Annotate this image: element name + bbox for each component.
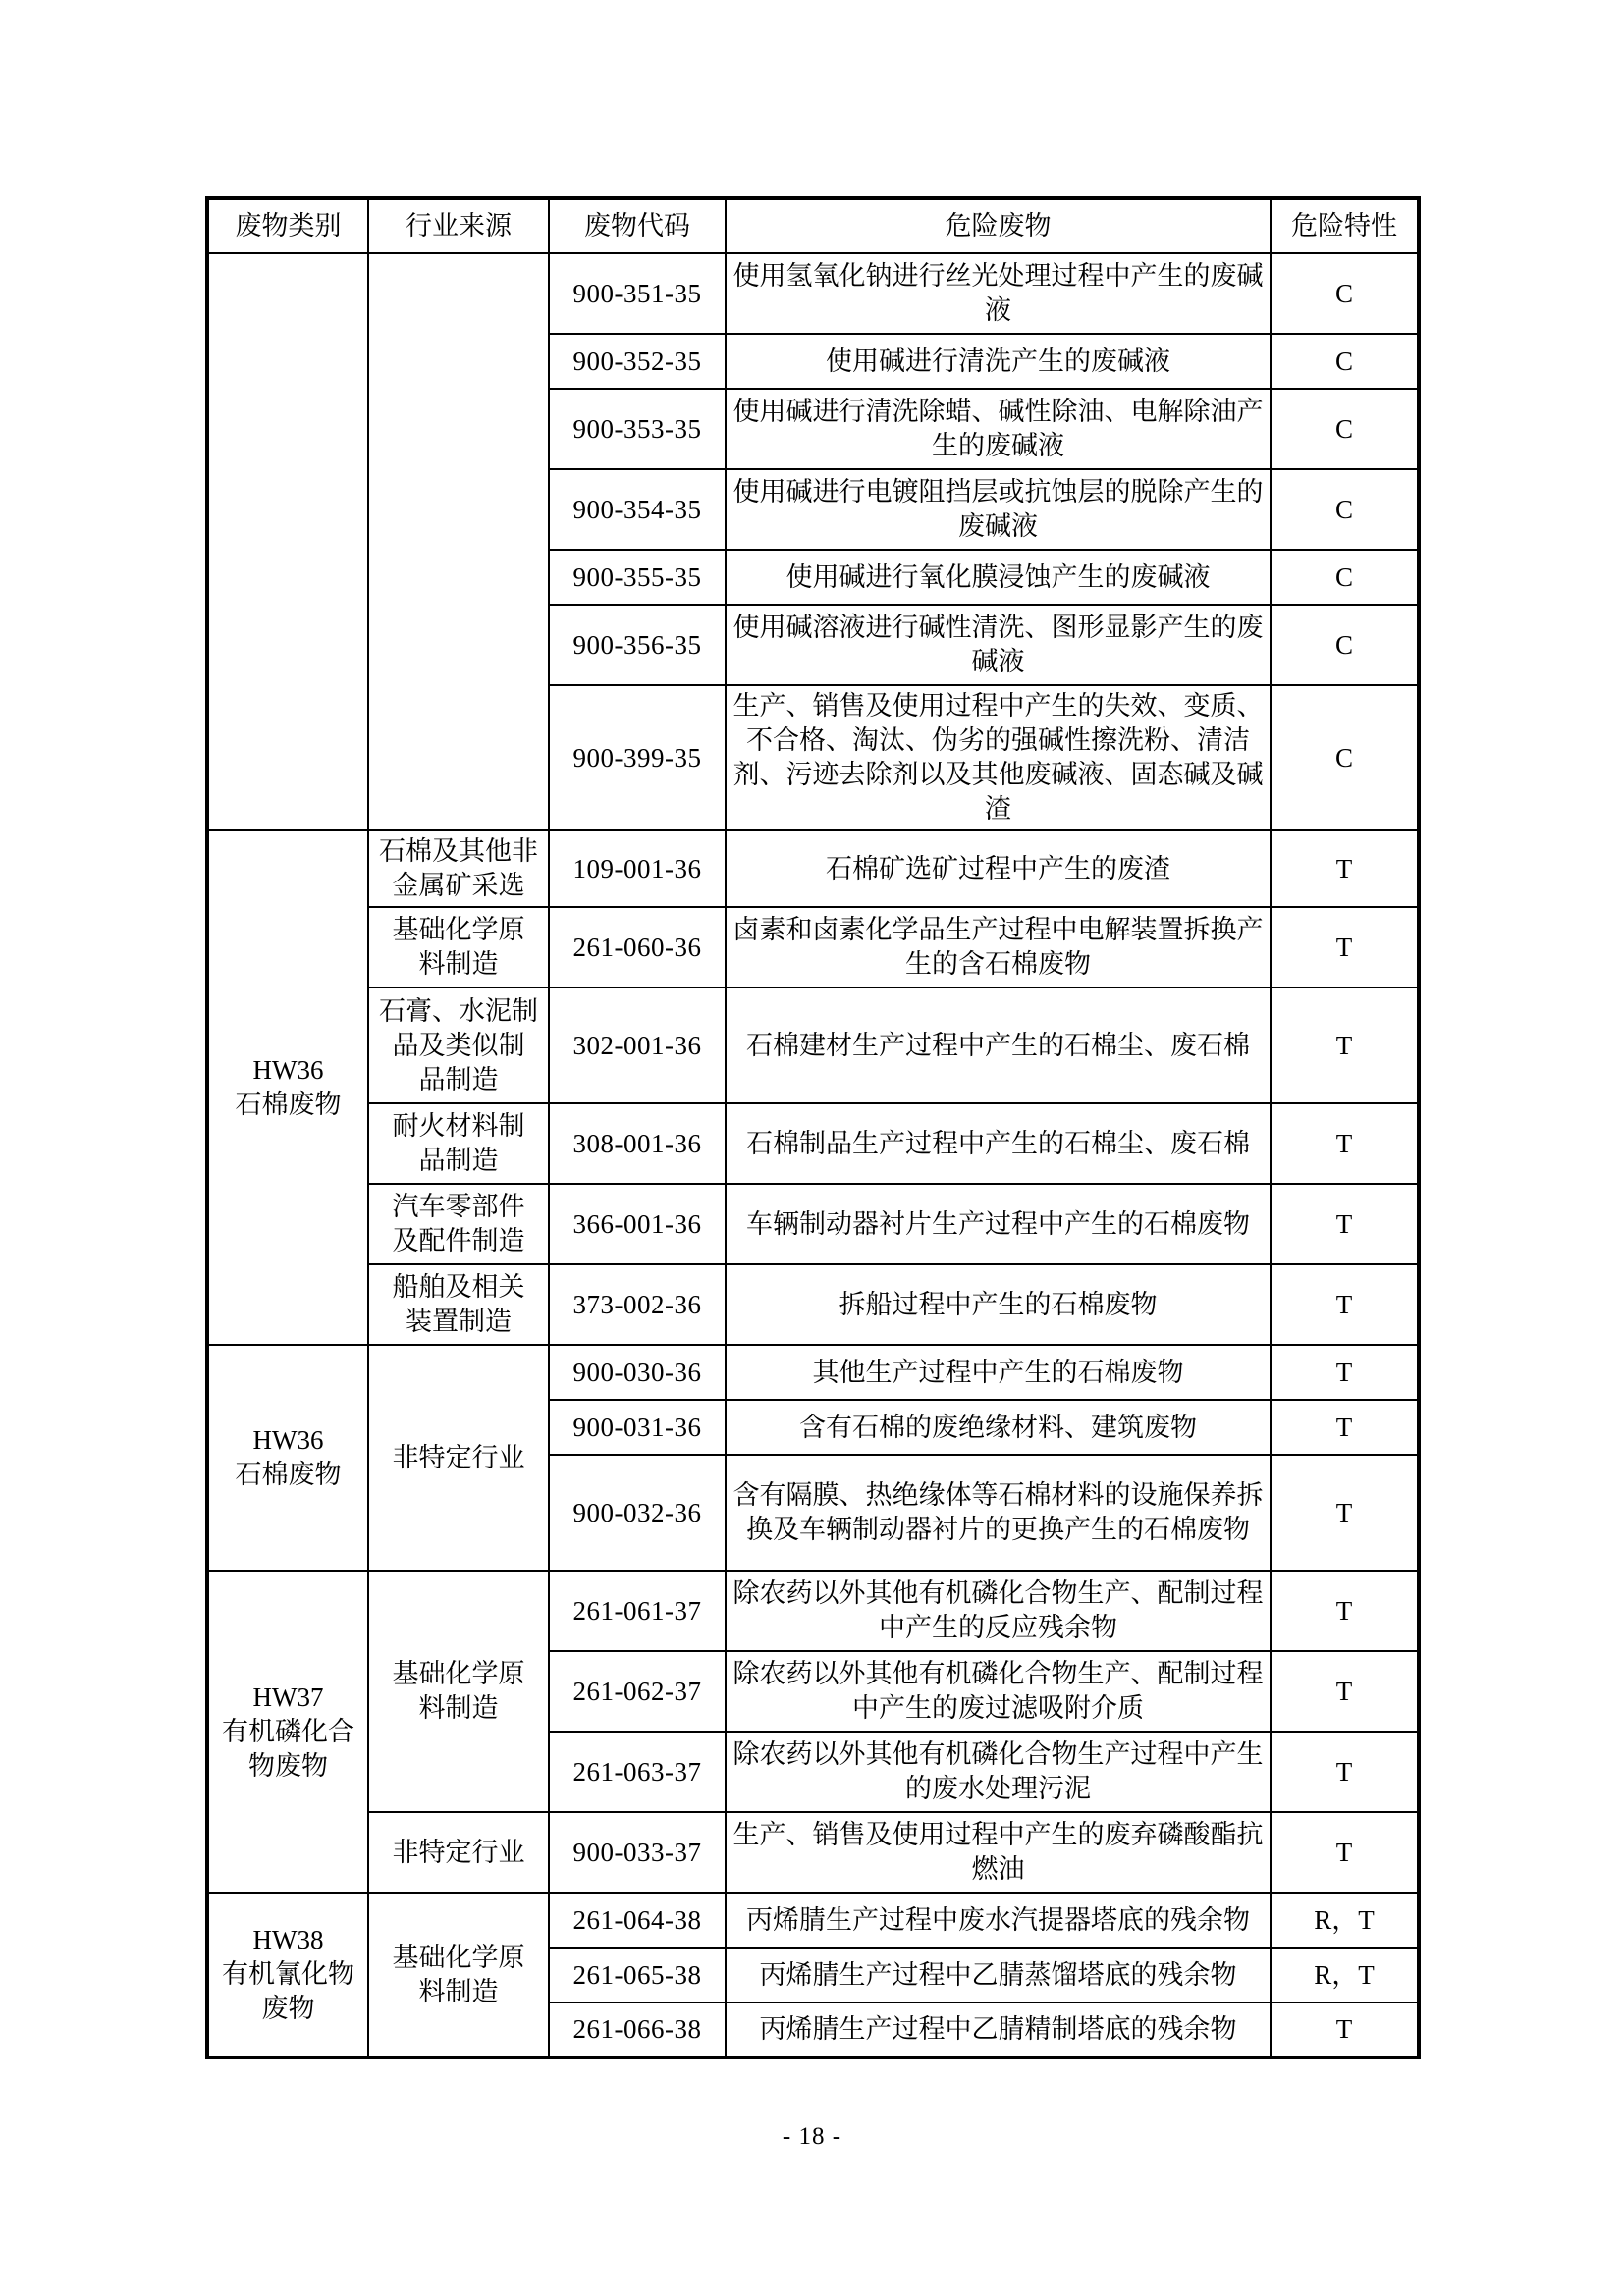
waste-cell: 生产、销售及使用过程中产生的失效、变质、不合格、淘汰、伪劣的强碱性擦洗粉、清洁剂… xyxy=(726,685,1271,830)
header-row: 废物类别 行业来源 废物代码 危险废物 危险特性 xyxy=(207,198,1419,253)
category-cell: HW36 石棉废物 xyxy=(207,1345,368,1571)
waste-cell: 使用碱进行氧化膜浸蚀产生的废碱液 xyxy=(726,550,1271,605)
trait-cell: T xyxy=(1271,1400,1419,1455)
header-cell-source: 行业来源 xyxy=(368,198,549,253)
source-cell: 非特定行业 xyxy=(368,1812,549,1893)
source-cell: 石膏、水泥制 品及类似制 品制造 xyxy=(368,988,549,1103)
document-page: 废物类别 行业来源 废物代码 危险废物 危险特性 900-351-35 使用氢氧… xyxy=(0,0,1624,2296)
trait-cell: T xyxy=(1271,907,1419,988)
trait-cell: T xyxy=(1271,1571,1419,1651)
header-cell-category: 废物类别 xyxy=(207,198,368,253)
source-cell: 石棉及其他非 金属矿采选 xyxy=(368,830,549,907)
waste-cell: 其他生产过程中产生的石棉废物 xyxy=(726,1345,1271,1400)
trait-cell: C xyxy=(1271,685,1419,830)
waste-cell: 卤素和卤素化学品生产过程中电解装置拆换产生的含石棉废物 xyxy=(726,907,1271,988)
table-row: 基础化学原 料制造 261-060-36 卤素和卤素化学品生产过程中电解装置拆换… xyxy=(207,907,1419,988)
waste-cell: 含有隔膜、热绝缘体等石棉材料的设施保养拆换及车辆制动器衬片的更换产生的石棉废物 xyxy=(726,1455,1271,1571)
waste-cell: 丙烯腈生产过程中乙腈蒸馏塔底的残余物 xyxy=(726,1948,1271,2002)
table-row: HW37 有机磷化合 物废物 基础化学原 料制造 261-061-37 除农药以… xyxy=(207,1571,1419,1651)
trait-cell: C xyxy=(1271,253,1419,334)
category-cell xyxy=(207,253,368,830)
trait-cell: R，T xyxy=(1271,1948,1419,2002)
code-cell: 109-001-36 xyxy=(549,830,726,907)
table-row: 900-351-35 使用氢氧化钠进行丝光处理过程中产生的废碱液 C xyxy=(207,253,1419,334)
trait-cell: T xyxy=(1271,1184,1419,1264)
table-row: HW38 有机氰化物 废物 基础化学原 料制造 261-064-38 丙烯腈生产… xyxy=(207,1893,1419,1948)
code-cell: 900-353-35 xyxy=(549,389,726,469)
trait-cell: T xyxy=(1271,1455,1419,1571)
code-cell: 900-356-35 xyxy=(549,605,726,685)
trait-cell: T xyxy=(1271,988,1419,1103)
trait-cell: T xyxy=(1271,2002,1419,2057)
waste-cell: 除农药以外其他有机磷化合物生产、配制过程中产生的废过滤吸附介质 xyxy=(726,1651,1271,1732)
source-cell: 基础化学原 料制造 xyxy=(368,1571,549,1812)
category-cell: HW37 有机磷化合 物废物 xyxy=(207,1571,368,1893)
code-cell: 261-062-37 xyxy=(549,1651,726,1732)
code-cell: 900-399-35 xyxy=(549,685,726,830)
trait-cell: T xyxy=(1271,1103,1419,1184)
waste-cell: 除农药以外其他有机磷化合物生产、配制过程中产生的反应残余物 xyxy=(726,1571,1271,1651)
trait-cell: T xyxy=(1271,1345,1419,1400)
trait-cell: C xyxy=(1271,605,1419,685)
source-cell xyxy=(368,253,549,830)
trait-cell: T xyxy=(1271,1732,1419,1812)
code-cell: 261-060-36 xyxy=(549,907,726,988)
code-cell: 900-030-36 xyxy=(549,1345,726,1400)
table-row: HW36 石棉废物 石棉及其他非 金属矿采选 109-001-36 石棉矿选矿过… xyxy=(207,830,1419,907)
code-cell: 900-031-36 xyxy=(549,1400,726,1455)
code-cell: 900-033-37 xyxy=(549,1812,726,1893)
table-row: 汽车零部件 及配件制造 366-001-36 车辆制动器衬片生产过程中产生的石棉… xyxy=(207,1184,1419,1264)
code-cell: 900-354-35 xyxy=(549,469,726,550)
category-cell: HW36 石棉废物 xyxy=(207,830,368,1345)
trait-cell: T xyxy=(1271,830,1419,907)
code-cell: 900-351-35 xyxy=(549,253,726,334)
hazardous-waste-table: 废物类别 行业来源 废物代码 危险废物 危险特性 900-351-35 使用氢氧… xyxy=(205,196,1421,2059)
page-number: - 18 - xyxy=(0,2123,1624,2151)
trait-cell: C xyxy=(1271,550,1419,605)
trait-cell: T xyxy=(1271,1651,1419,1732)
waste-cell: 使用碱进行电镀阻挡层或抗蚀层的脱除产生的废碱液 xyxy=(726,469,1271,550)
code-cell: 261-064-38 xyxy=(549,1893,726,1948)
waste-cell: 丙烯腈生产过程中乙腈精制塔底的残余物 xyxy=(726,2002,1271,2057)
code-cell: 261-066-38 xyxy=(549,2002,726,2057)
code-cell: 302-001-36 xyxy=(549,988,726,1103)
source-cell: 耐火材料制 品制造 xyxy=(368,1103,549,1184)
waste-cell: 车辆制动器衬片生产过程中产生的石棉废物 xyxy=(726,1184,1271,1264)
source-cell: 基础化学原 料制造 xyxy=(368,907,549,988)
source-cell: 基础化学原 料制造 xyxy=(368,1893,549,2057)
source-cell: 船舶及相关 装置制造 xyxy=(368,1264,549,1345)
table-row: HW36 石棉废物 非特定行业 900-030-36 其他生产过程中产生的石棉废… xyxy=(207,1345,1419,1400)
trait-cell: R，T xyxy=(1271,1893,1419,1948)
table-row: 石膏、水泥制 品及类似制 品制造 302-001-36 石棉建材生产过程中产生的… xyxy=(207,988,1419,1103)
code-cell: 261-061-37 xyxy=(549,1571,726,1651)
waste-cell: 除农药以外其他有机磷化合物生产过程中产生的废水处理污泥 xyxy=(726,1732,1271,1812)
code-cell: 900-352-35 xyxy=(549,334,726,389)
waste-cell: 丙烯腈生产过程中废水汽提器塔底的残余物 xyxy=(726,1893,1271,1948)
code-cell: 261-063-37 xyxy=(549,1732,726,1812)
waste-cell: 含有石棉的废绝缘材料、建筑废物 xyxy=(726,1400,1271,1455)
waste-cell: 使用碱溶液进行碱性清洗、图形显影产生的废碱液 xyxy=(726,605,1271,685)
code-cell: 366-001-36 xyxy=(549,1184,726,1264)
trait-cell: C xyxy=(1271,389,1419,469)
waste-cell: 石棉制品生产过程中产生的石棉尘、废石棉 xyxy=(726,1103,1271,1184)
trait-cell: T xyxy=(1271,1264,1419,1345)
category-cell: HW38 有机氰化物 废物 xyxy=(207,1893,368,2057)
source-cell: 非特定行业 xyxy=(368,1345,549,1571)
waste-cell: 生产、销售及使用过程中产生的废弃磷酸酯抗燃油 xyxy=(726,1812,1271,1893)
waste-cell: 石棉矿选矿过程中产生的废渣 xyxy=(726,830,1271,907)
table-row: 船舶及相关 装置制造 373-002-36 拆船过程中产生的石棉废物 T xyxy=(207,1264,1419,1345)
waste-cell: 使用碱进行清洗除蜡、碱性除油、电解除油产生的废碱液 xyxy=(726,389,1271,469)
waste-cell: 使用碱进行清洗产生的废碱液 xyxy=(726,334,1271,389)
waste-cell: 使用氢氧化钠进行丝光处理过程中产生的废碱液 xyxy=(726,253,1271,334)
source-cell: 汽车零部件 及配件制造 xyxy=(368,1184,549,1264)
header-cell-code: 废物代码 xyxy=(549,198,726,253)
code-cell: 261-065-38 xyxy=(549,1948,726,2002)
code-cell: 308-001-36 xyxy=(549,1103,726,1184)
waste-cell: 石棉建材生产过程中产生的石棉尘、废石棉 xyxy=(726,988,1271,1103)
trait-cell: C xyxy=(1271,469,1419,550)
trait-cell: C xyxy=(1271,334,1419,389)
header-cell-waste: 危险废物 xyxy=(726,198,1271,253)
trait-cell: T xyxy=(1271,1812,1419,1893)
code-cell: 900-355-35 xyxy=(549,550,726,605)
header-cell-trait: 危险特性 xyxy=(1271,198,1419,253)
waste-cell: 拆船过程中产生的石棉废物 xyxy=(726,1264,1271,1345)
code-cell: 373-002-36 xyxy=(549,1264,726,1345)
code-cell: 900-032-36 xyxy=(549,1455,726,1571)
table-row: 耐火材料制 品制造 308-001-36 石棉制品生产过程中产生的石棉尘、废石棉… xyxy=(207,1103,1419,1184)
table-row: 非特定行业 900-033-37 生产、销售及使用过程中产生的废弃磷酸酯抗燃油 … xyxy=(207,1812,1419,1893)
